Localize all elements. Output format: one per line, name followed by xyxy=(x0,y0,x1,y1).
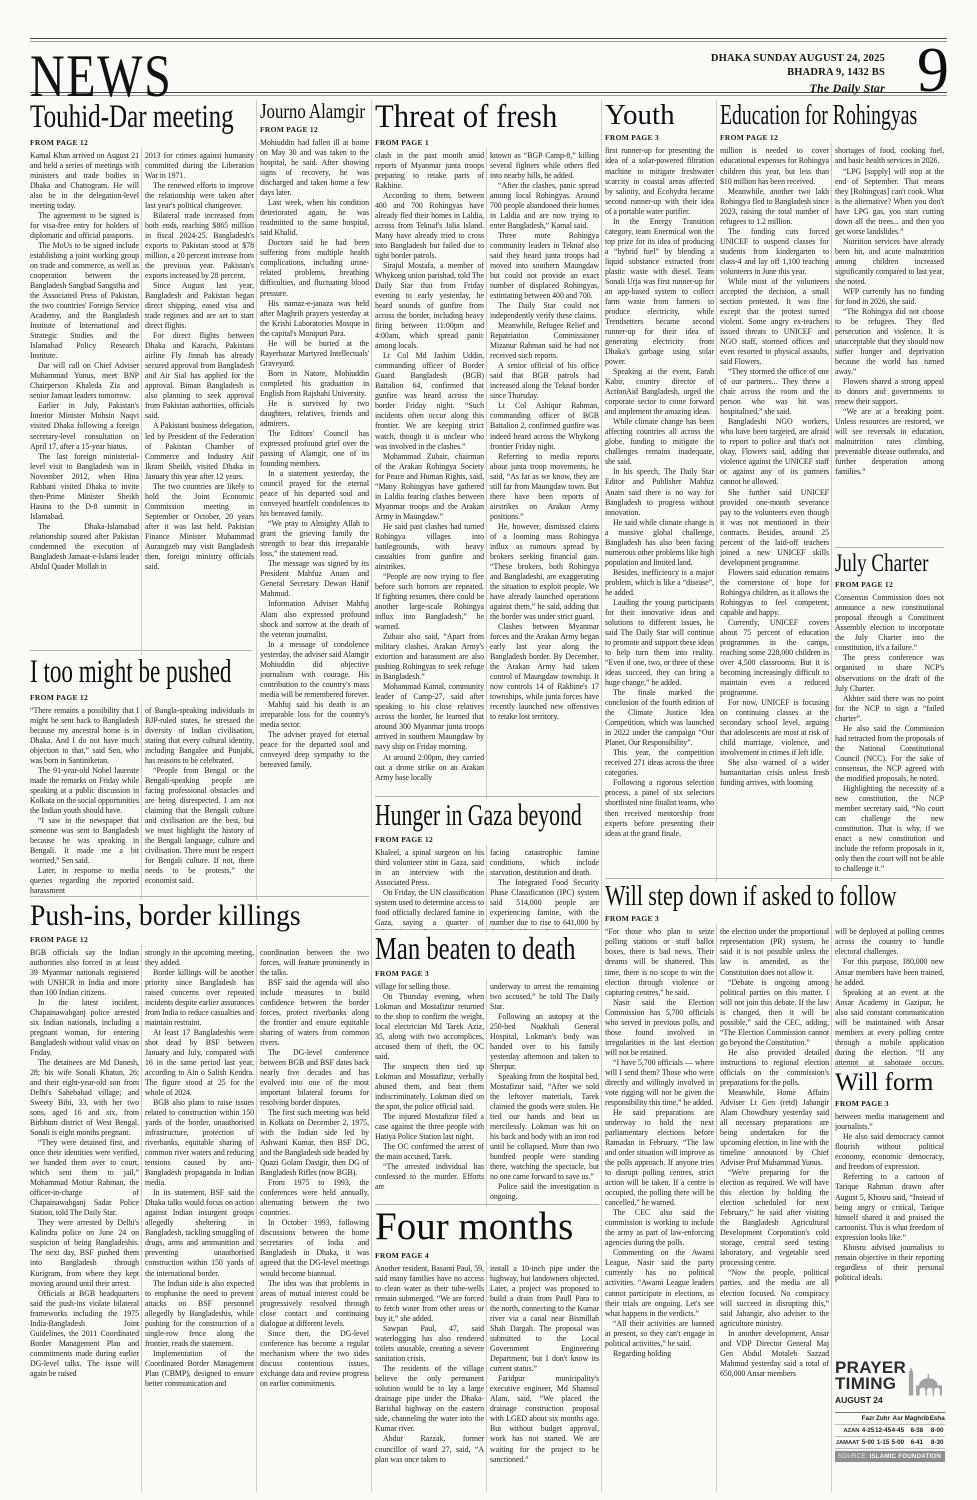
date-line: DHAKA SUNDAY AUGUST 24, 2025 xyxy=(711,52,885,66)
paragraph: In his speech, The Daily Star Editor and… xyxy=(605,467,714,517)
paragraph: The suspects then tied up Lokman and Mos… xyxy=(375,1062,484,1112)
article-column: known as “BGP Camp-8,” killing several f… xyxy=(490,151,599,794)
from-page-label: FROM PAGE 12 xyxy=(835,580,944,589)
paragraph: “We're preparing for the election as req… xyxy=(720,1168,829,1268)
paragraph: Flowers said education remains the corne… xyxy=(720,568,829,618)
paragraph: Lt Col Ashiqur Rahman, commanding office… xyxy=(490,401,599,451)
paragraph: “LPG [supply] will stop at the end of Se… xyxy=(835,167,944,237)
newspaper-page: NEWS DHAKA SUNDAY AUGUST 24, 2025 BHADRA… xyxy=(0,0,977,1500)
page-number: 9 xyxy=(917,38,949,102)
paragraph: Meanwhile, Refugee Relief and Repatriati… xyxy=(490,321,599,361)
prayer-time: 8-30 xyxy=(929,1437,945,1449)
column-rule xyxy=(371,100,372,1492)
article-will-form: Will form FROM PAGE 3 between media mana… xyxy=(835,1070,944,1354)
paragraph: Mahfuj said his death is an irreparable … xyxy=(260,700,369,730)
paragraph: Bangladeshi NGO workers, who have been t… xyxy=(720,417,829,487)
headline: Push-ins, border killings xyxy=(30,900,342,932)
paragraph: Kamal Khan arrived on August 21 and held… xyxy=(30,151,139,211)
paragraph: In the Energy Transition category, team … xyxy=(605,217,714,367)
paragraph: Abdur Razzak, former councillor of ward … xyxy=(375,1434,484,1464)
headline: Will step down if asked to follow xyxy=(605,882,869,911)
paragraph: Speaking at an event at the Ansar Academ… xyxy=(835,988,944,1066)
paragraph: The adviser prayed for eternal peace for… xyxy=(260,730,369,770)
article-i-too-might-be-pushed: I too might be pushed FROM PAGE 12 “Ther… xyxy=(30,655,254,896)
headline: Journo Alamgir xyxy=(260,100,347,122)
paragraph: Consensus Commission does not announce a… xyxy=(835,593,944,653)
paragraph: The Daily Star could not independently v… xyxy=(490,301,599,321)
paragraph: Later, in response to media queries rega… xyxy=(30,866,139,896)
section-title: NEWS xyxy=(30,46,172,106)
paragraph: “I saw in the newspaper that someone was… xyxy=(30,816,139,866)
prayer-time: 4-45 xyxy=(891,1425,904,1437)
headline: Will form xyxy=(835,1070,944,1096)
row-label: AZAN xyxy=(835,1425,861,1437)
paragraph: He is survived by two daughters, relativ… xyxy=(260,399,369,429)
paragraph: He said preparations are underway to hol… xyxy=(605,1108,714,1208)
article-column: million is needed to cover educational e… xyxy=(720,146,829,878)
article-column: strongly in the upcoming meeting, they a… xyxy=(145,948,254,1488)
paragraph: Commenting on the Awami League, Nasir sa… xyxy=(605,1248,714,1318)
prayer-time: 8-00 xyxy=(929,1425,945,1437)
paragraph: village for selling those. xyxy=(375,982,484,992)
paragraph: the election under the proportional repr… xyxy=(720,927,829,977)
paragraph: Border killings will be another priority… xyxy=(145,968,254,1028)
paragraph: Last week, when his condition deteriorat… xyxy=(260,198,369,238)
prayer-titles: PRAYER TIMING AUGUST 24 xyxy=(835,1360,906,1405)
paragraph: Lauding the young participants for their… xyxy=(605,598,714,688)
headline: Hunger in Gaza beyond xyxy=(375,799,532,832)
header-rule xyxy=(30,38,947,39)
paragraph: underway to arrest the remaining two acc… xyxy=(490,982,599,1012)
paragraph: Sawpan Paul, 47, said waterlogging has a… xyxy=(375,1324,484,1364)
article-journo-alamgir: Journo Alamgir FROM PAGE 12 Mohiuddin ha… xyxy=(260,100,369,894)
article-column: shortages of food, cooking fuel, and bas… xyxy=(835,146,944,542)
paragraph: Following an autopsy at the 250-bed Noak… xyxy=(490,1012,599,1072)
article-column: BGB officials say the Indian authorities… xyxy=(30,948,139,1488)
paragraph: Implementation of the Coordinated Border… xyxy=(145,1349,254,1389)
prayer-time: 5-00 xyxy=(891,1437,904,1449)
headline: Youth xyxy=(605,100,714,130)
from-page-label: FROM PAGE 3 xyxy=(605,914,944,923)
paragraph: “We pray to Almighty Allah to grant the … xyxy=(260,519,369,559)
paragraph: Since August last year, Bangladesh and P… xyxy=(145,281,254,331)
paragraph: clash in the past month amid reports of … xyxy=(375,151,484,191)
paragraph: In October 1993, following discussions b… xyxy=(260,1218,369,1278)
article-push-ins-border-killings: Push-ins, border killings FROM PAGE 12 B… xyxy=(30,900,369,1488)
column-rule xyxy=(601,100,602,1492)
prayer-table: Fazr Zuhr Asr Maghrib Esha AZAN 4-25 12-… xyxy=(835,1412,945,1449)
prayer-time: 1-15 xyxy=(875,1437,892,1449)
paragraph: Speaking from the hospital bed, Mostafiz… xyxy=(490,1072,599,1182)
paragraph: “The arrested individual has confessed t… xyxy=(375,1162,484,1192)
paragraph: facing catastrophic famine conditions, w… xyxy=(490,848,599,878)
article-man-beaten-to-death: Man beaten to death FROM PAGE 3 village … xyxy=(375,932,599,1204)
headline: July Charter xyxy=(835,551,918,577)
paragraph: between media management and journalists… xyxy=(835,1112,944,1132)
prayer-col: Fazr xyxy=(861,1413,874,1425)
article-column: of Bangla-speaking individuals in BJP-ru… xyxy=(145,706,254,896)
prayer-time: 12-45 xyxy=(875,1425,892,1437)
article-column: 2013 for crimes against humanity committ… xyxy=(145,151,254,651)
paragraph: While most of the volunteers accepted th… xyxy=(720,277,829,367)
paragraph: Speaking at the event, Farah Kabir, coun… xyxy=(605,367,714,417)
article-column: the election under the proportional repr… xyxy=(720,927,829,1489)
prayer-time: 4-25 xyxy=(861,1425,874,1437)
article-column: clash in the past month amid reports of … xyxy=(375,151,484,794)
paragraph: The residents of the village believe the… xyxy=(375,1364,484,1434)
paragraph: On Friday, the UN classification system … xyxy=(375,888,484,930)
paragraph: “Debate is ongoing among political parti… xyxy=(720,978,829,1048)
paragraph: “There remains a possibility that I migh… xyxy=(30,706,139,766)
headline: Education for Rohingyas xyxy=(720,100,872,130)
article-threat-of-fresh: Threat of fresh FROM PAGE 1 clash in the… xyxy=(375,100,599,794)
paragraph: Akhter said there was no point for the N… xyxy=(835,694,944,724)
paragraph: He also said the Commission had retracte… xyxy=(835,724,944,784)
paragraph: The Dhaka-Islamabad relationship soured … xyxy=(30,522,139,572)
headline: Touhid-Dar meeting xyxy=(30,100,200,135)
from-page-label: FROM PAGE 12 xyxy=(720,133,944,142)
paragraph: million is needed to cover educational e… xyxy=(720,146,829,186)
paragraph: Meanwhile, Home Affairs Adviser Lt Gen (… xyxy=(720,1088,829,1168)
paragraph: In the latest incident, Chapainawabganj … xyxy=(30,998,139,1058)
paragraph: Besides, inefficiency is a major problem… xyxy=(605,568,714,598)
article-column: Khaleel, a spinal surgeon on his third v… xyxy=(375,848,484,930)
prayer-col: Asr xyxy=(891,1413,904,1425)
from-page-label: FROM PAGE 3 xyxy=(375,969,599,978)
paragraph: “We are at a breaking point. Unless reso… xyxy=(835,407,944,477)
headline: I too might be pushed xyxy=(30,655,187,690)
paragraph: shortages of food, cooking fuel, and bas… xyxy=(835,146,944,166)
paragraph: Currently, UNICEF covers about 75 percen… xyxy=(720,618,829,698)
paragraph: Nutrition services have already been hit… xyxy=(835,237,944,287)
from-page-label: FROM PAGE 12 xyxy=(30,935,369,944)
paragraph: In its statement, BSF said the Dhaka tal… xyxy=(145,1188,254,1278)
paragraph: The idea was that problems in areas of m… xyxy=(260,1279,369,1329)
paragraph: “For those who plan to seize polling sta… xyxy=(605,927,714,997)
paragraph: Born in Natore, Mohiuddin completed his … xyxy=(260,369,369,399)
masthead-logo: The Daily Star xyxy=(711,80,885,96)
paragraph: Bilateral trade increased from both ends… xyxy=(145,211,254,281)
paragraph: first runner-up for presenting the idea … xyxy=(605,146,714,216)
paragraph: He said while climate change is a massiv… xyxy=(605,518,714,568)
from-page-label: FROM PAGE 12 xyxy=(375,835,599,844)
prayer-source: SOURCE: ISLAMIC FOUNDATION xyxy=(835,1451,945,1462)
prayer-date: AUGUST 24 xyxy=(835,1395,906,1405)
from-page-label: FROM PAGE 12 xyxy=(260,125,369,134)
paragraph: Clashes between Myanmar forces and the A… xyxy=(490,622,599,722)
paragraph: Doctors said he had been suffering from … xyxy=(260,238,369,298)
from-page-label: FROM PAGE 12 xyxy=(30,138,254,147)
paragraph: Referring to media reports about junta t… xyxy=(490,452,599,522)
calendar-line: BHADRA 9, 1432 BS xyxy=(711,66,885,80)
paragraph: The last foreign ministerial-level visit… xyxy=(30,452,139,522)
headline: Threat of fresh xyxy=(375,100,583,135)
paragraph: The renewed efforts to improve the relat… xyxy=(145,181,254,211)
paragraph: The funding cuts forced UNICEF to suspen… xyxy=(720,227,829,277)
paragraph: He also provided detailed instructions t… xyxy=(720,1048,829,1088)
from-page-label: FROM PAGE 3 xyxy=(835,1099,944,1108)
paragraph: Since then, the DG-level conference has … xyxy=(260,1329,369,1389)
paragraph: For now, UNICEF is focusing on continuin… xyxy=(720,698,829,758)
article-column: Consensus Commission does not announce a… xyxy=(835,593,944,881)
article-touhid-dar-meeting: Touhid-Dar meeting FROM PAGE 12 Kamal Kh… xyxy=(30,100,254,651)
prayer-header-row: Fazr Zuhr Asr Maghrib Esha xyxy=(835,1413,945,1425)
paragraph: “The Rohingya did not choose to be refug… xyxy=(835,307,944,377)
paragraph: The Integrated Food Security Phase Class… xyxy=(490,878,599,930)
paragraph: BSF said the agenda will also include me… xyxy=(260,978,369,1048)
paragraph: She also warned of a wider humanitarian … xyxy=(720,758,829,788)
source-label: SOURCE: xyxy=(838,1453,868,1460)
paragraph: The first such meeting was held in Kolka… xyxy=(260,1108,369,1178)
paragraph: “People are now trying to flee before su… xyxy=(375,572,484,632)
paragraph: At around 2:00pm, they carried out a dro… xyxy=(375,753,484,783)
paragraph: “After the clashes, panic spread among l… xyxy=(490,181,599,231)
paragraph: Referring to a cartoon of Tarique Rahman… xyxy=(835,1172,944,1242)
row-label: JAMAAT xyxy=(835,1437,861,1449)
paragraph: Zubair also said, “Apart from military c… xyxy=(375,632,484,682)
paragraph: From 1975 to 1993, the conferences were … xyxy=(260,1178,369,1218)
paragraph: Khosru advised journalists to remain obj… xyxy=(835,1243,944,1283)
article-column: “There remains a possibility that I migh… xyxy=(30,706,139,896)
paragraph: Following a rigorous selection process, … xyxy=(605,778,714,838)
prayer-time: 5-00 xyxy=(861,1437,874,1449)
from-page-label: FROM PAGE 4 xyxy=(375,1251,599,1260)
paragraph: Faridpur municipality's executive engine… xyxy=(490,1374,599,1464)
article-column: facing catastrophic famine conditions, w… xyxy=(490,848,599,930)
paragraph: install a 10-inch pipe under the highway… xyxy=(490,1264,599,1374)
paragraph: The DG-level conference between BGB and … xyxy=(260,1048,369,1108)
paragraph: The Indian side is also expected to emph… xyxy=(145,1279,254,1349)
paragraph: BGB officials say the Indian authorities… xyxy=(30,948,139,998)
paragraph: On Thursday evening, when Lokman and Mos… xyxy=(375,992,484,1062)
article-four-months: Four months FROM PAGE 4 Another resident… xyxy=(375,1207,599,1489)
paragraph: The message was signed by its President … xyxy=(260,559,369,599)
paragraph: strongly in the upcoming meeting, they a… xyxy=(145,948,254,968)
paragraph: Meanwhile, another two lakh Rohingya fle… xyxy=(720,187,829,227)
paragraph: Flowers shared a strong appeal to donors… xyxy=(835,377,944,407)
from-page-label: FROM PAGE 1 xyxy=(375,138,599,147)
paragraph: Mohiuddin had fallen ill at home on May … xyxy=(260,138,369,198)
paragraph: Lt Col Md Jashim Uddin, commanding offic… xyxy=(375,351,484,451)
prayer-azan-row: AZAN 4-25 12-45 4-45 6-38 8-00 xyxy=(835,1425,945,1437)
article-column: coordination between the two forces, wil… xyxy=(260,948,369,1488)
paragraph: Dar will call on Chief Adviser Muhammad … xyxy=(30,361,139,401)
source-name: ISLAMIC FOUNDATION xyxy=(870,1453,942,1460)
paragraph: The finale marked the conclusion of the … xyxy=(605,688,714,748)
paragraph: “They were detained first, and once thei… xyxy=(30,1138,139,1218)
from-page-label: FROM PAGE 12 xyxy=(30,693,254,702)
paragraph: He also said democracy cannot flourish w… xyxy=(835,1132,944,1172)
paragraph: 2013 for crimes against humanity committ… xyxy=(145,151,254,181)
prayer-jamaat-row: JAMAAT 5-00 1-15 5-00 6-41 8-30 xyxy=(835,1437,945,1449)
paragraph: A Pakistani business delegation, led by … xyxy=(145,421,254,481)
article-hunger-in-gaza: Hunger in Gaza beyond FROM PAGE 12 Khale… xyxy=(375,799,599,930)
headline: Four months xyxy=(375,1207,599,1248)
paragraph: He said past clashes had turned Rohingya… xyxy=(375,522,484,572)
paragraph: They were arrested by Delhi's Kalindra p… xyxy=(30,1218,139,1288)
paragraph: The Editors' Council has expressed profo… xyxy=(260,429,369,469)
paragraph: Mohammad Zubair, chairman of the Arakan … xyxy=(375,452,484,522)
prayer-time: 6-38 xyxy=(904,1425,929,1437)
paragraph: A senior official of his office said tha… xyxy=(490,361,599,401)
article-column: Another resident, Basanti Paul, 59, said… xyxy=(375,1264,484,1489)
paragraph: The injured Mostafizur filed a case agai… xyxy=(375,1112,484,1142)
paragraph: of Bangla-speaking individuals in BJP-ru… xyxy=(145,706,254,766)
paragraph: In a statement yesterday, the council pr… xyxy=(260,469,369,519)
header-rule xyxy=(30,41,947,42)
article-column: village for selling those.On Thursday ev… xyxy=(375,982,484,1204)
paragraph: Another resident, Basanti Paul, 59, said… xyxy=(375,1264,484,1324)
article-column: Mohiuddin had fallen ill at home on May … xyxy=(260,138,369,894)
article-youth: Youth FROM PAGE 3 first runner-up for pr… xyxy=(605,100,714,882)
paragraph: The two countries are likely to hold the… xyxy=(145,482,254,572)
paragraph: WFP currently has no funding for food in… xyxy=(835,287,944,307)
paragraph: Earlier in July, Pakistan's Interior Min… xyxy=(30,401,139,451)
paragraph: This year, the competition received 271 … xyxy=(605,748,714,778)
from-page-label: FROM PAGE 3 xyxy=(605,133,714,142)
paragraph: Sirajul Mostafa, a member of Whykong uni… xyxy=(375,261,484,351)
article-column: between media management and journalists… xyxy=(835,1112,944,1354)
prayer-col: Esha xyxy=(929,1413,945,1425)
paragraph: “All their activities are banned at pres… xyxy=(605,1319,714,1349)
paragraph: The detainees are Md Danesh, 28; his wif… xyxy=(30,1058,139,1138)
paragraph: The press conference was organised to sh… xyxy=(835,653,944,693)
paragraph: The OC confirmed the arrest of the main … xyxy=(375,1142,484,1162)
headline: Man beaten to death xyxy=(375,932,547,966)
paragraph: Highlighting the necessity of a new cons… xyxy=(835,784,944,874)
article-column: will be deployed at polling centres acro… xyxy=(835,927,944,1065)
paragraph: In a message of condolence yesterday, th… xyxy=(260,640,369,700)
article-column: install a 10-inch pipe under the highway… xyxy=(490,1264,599,1489)
paragraph: Nasir said the Election Commission has 5… xyxy=(605,998,714,1058)
paragraph: According to them, between 400 and 700 R… xyxy=(375,191,484,261)
paragraph: Officials at BGB headquarters said the p… xyxy=(30,1289,139,1379)
paragraph: “I have 5,700 officials — where will I s… xyxy=(605,1058,714,1108)
paragraph: Three more Rohingya community leaders in… xyxy=(490,231,599,301)
prayer-time: 6-41 xyxy=(904,1437,929,1449)
paragraph: The 91-year-old Nobel laureate made the … xyxy=(30,766,139,816)
paragraph: The agreement to be signed is for visa-f… xyxy=(30,211,139,241)
paragraph: “People from Bengal or the Bengali-speak… xyxy=(145,766,254,886)
paragraph: Police said the investigation is ongoing… xyxy=(490,1182,599,1202)
paragraph: The MoUs to be signed include establishi… xyxy=(30,241,139,361)
paragraph: Mohammad Kamal, community leader of Camp… xyxy=(375,682,484,752)
paragraph: The CEC also said the commission is work… xyxy=(605,1208,714,1248)
prayer-title-line2: TIMING xyxy=(835,1376,906,1392)
article-column: Kamal Khan arrived on August 21 and held… xyxy=(30,151,139,651)
article-july-charter: July Charter FROM PAGE 12 Consensus Comm… xyxy=(835,551,944,881)
article-column: underway to arrest the remaining two acc… xyxy=(490,982,599,1204)
article-column: “For those who plan to seize polling sta… xyxy=(605,927,714,1489)
paragraph: known as “BGP Camp-8,” killing several f… xyxy=(490,151,599,181)
section-rule xyxy=(30,896,369,897)
paragraph: will be deployed at polling centres acro… xyxy=(835,927,944,957)
paragraph: Information Adviser Mahfuj Alam also exp… xyxy=(260,599,369,639)
paragraph: “They stormed the office of one of our p… xyxy=(720,367,829,417)
paragraph: Khaleel, a spinal surgeon on his third v… xyxy=(375,848,484,888)
paragraph: While climate change has been affecting … xyxy=(605,417,714,467)
paragraph: Regarding holding xyxy=(605,1349,714,1359)
prayer-timing-box: PRAYER TIMING AUGUST 24 xyxy=(835,1360,945,1462)
paragraph: He, however, dismissed claims of a loomi… xyxy=(490,522,599,622)
paragraph: His namaz-e-janaza was held after Maghri… xyxy=(260,299,369,339)
paragraph: “Now the people, political parties, and … xyxy=(720,1268,829,1328)
paragraph: For direct flights between Dhaka and Kar… xyxy=(145,331,254,421)
paragraph: coordination between the two forces, wil… xyxy=(260,948,369,978)
paragraph: She further said UNICEF provided one-mon… xyxy=(720,488,829,568)
paragraph: At least 17 Bangladeshis were shot dead … xyxy=(145,1028,254,1098)
paragraph: For this purpose, 180,000 new Ansar memb… xyxy=(835,957,944,987)
paragraph: In another development, Ansar and VDP Di… xyxy=(720,1329,829,1379)
date-block: DHAKA SUNDAY AUGUST 24, 2025 BHADRA 9, 1… xyxy=(711,52,885,97)
prayer-col: Maghrib xyxy=(904,1413,929,1425)
paragraph: BGB also plans to raise issues related t… xyxy=(145,1098,254,1188)
paragraph: He will be buried at the Rayerbazar Mart… xyxy=(260,339,369,369)
article-column: first runner-up for presenting the idea … xyxy=(605,146,714,882)
mosque-icon xyxy=(906,1360,945,1408)
prayer-col: Zuhr xyxy=(875,1413,892,1425)
